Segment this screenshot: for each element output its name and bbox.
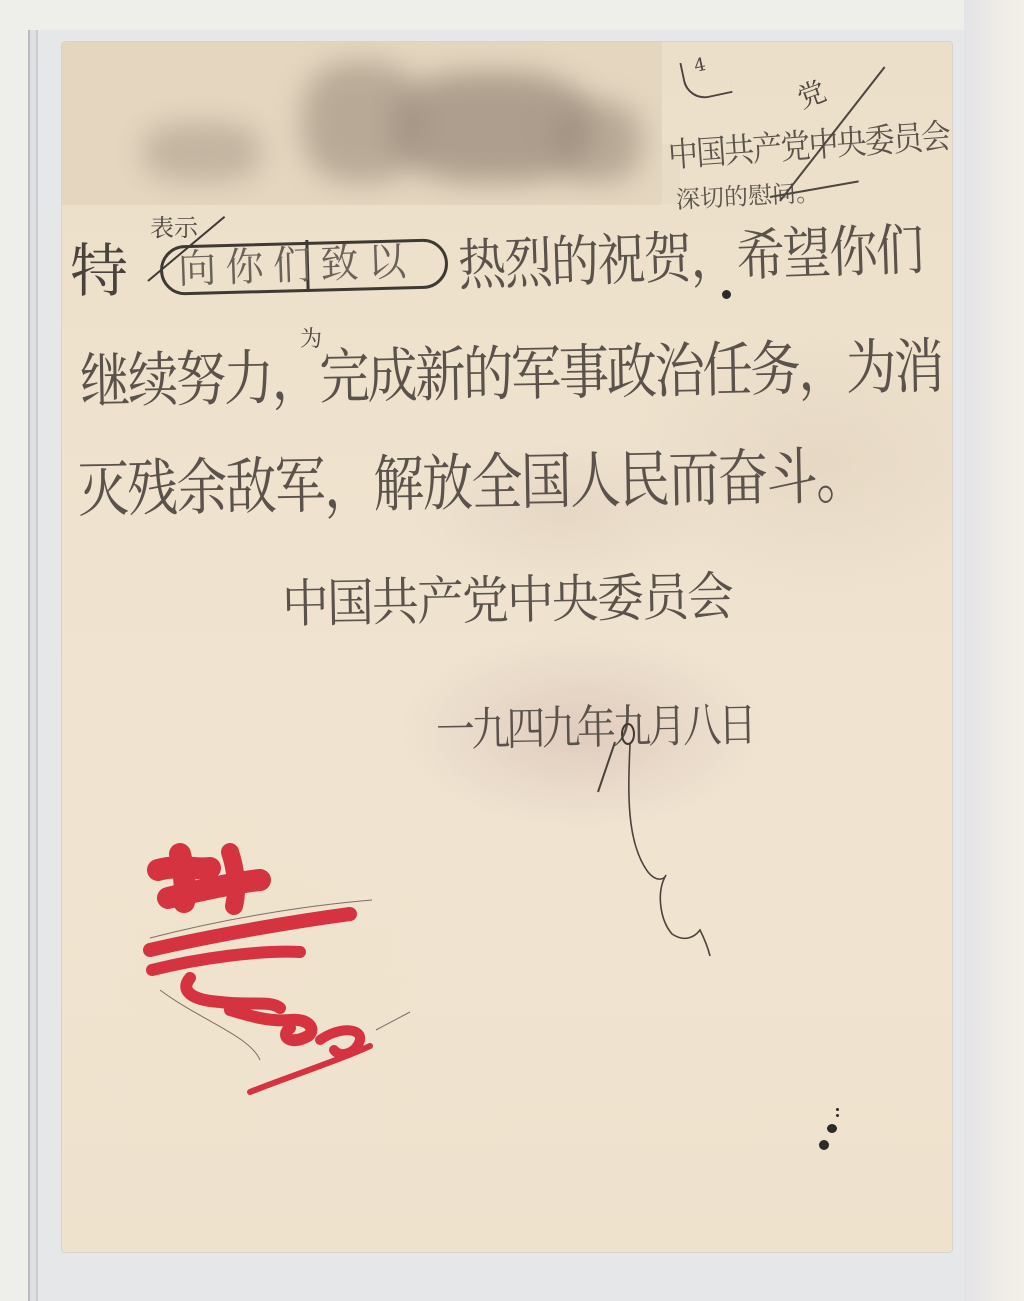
struck-prefix: 特 bbox=[70, 224, 128, 308]
ink-blot-1 bbox=[722, 290, 731, 299]
mount-right-edge bbox=[964, 0, 1024, 1301]
circled-text: 向你们致以 bbox=[177, 230, 416, 295]
body-line-2: 继续努力，完成新的军事政治任务，为消 bbox=[79, 319, 942, 420]
pencil-tail-line bbox=[560, 712, 760, 972]
red-brush-signature bbox=[140, 840, 400, 1110]
body-line-1: 热烈的祝贺，希望你们 bbox=[457, 206, 924, 302]
ink-dot-1 bbox=[827, 1124, 837, 1133]
body-line-3: 灭残余敌军，解放全国人民而奋斗。 bbox=[77, 426, 866, 529]
page-number: 4 bbox=[692, 54, 708, 77]
ink-dot-2 bbox=[819, 1140, 829, 1150]
signature-organization: 中国共产党中央委员会 bbox=[281, 554, 732, 637]
ink-dot-3 bbox=[836, 1108, 839, 1111]
redacted-header bbox=[62, 42, 662, 205]
ink-dot-4 bbox=[836, 1114, 839, 1117]
